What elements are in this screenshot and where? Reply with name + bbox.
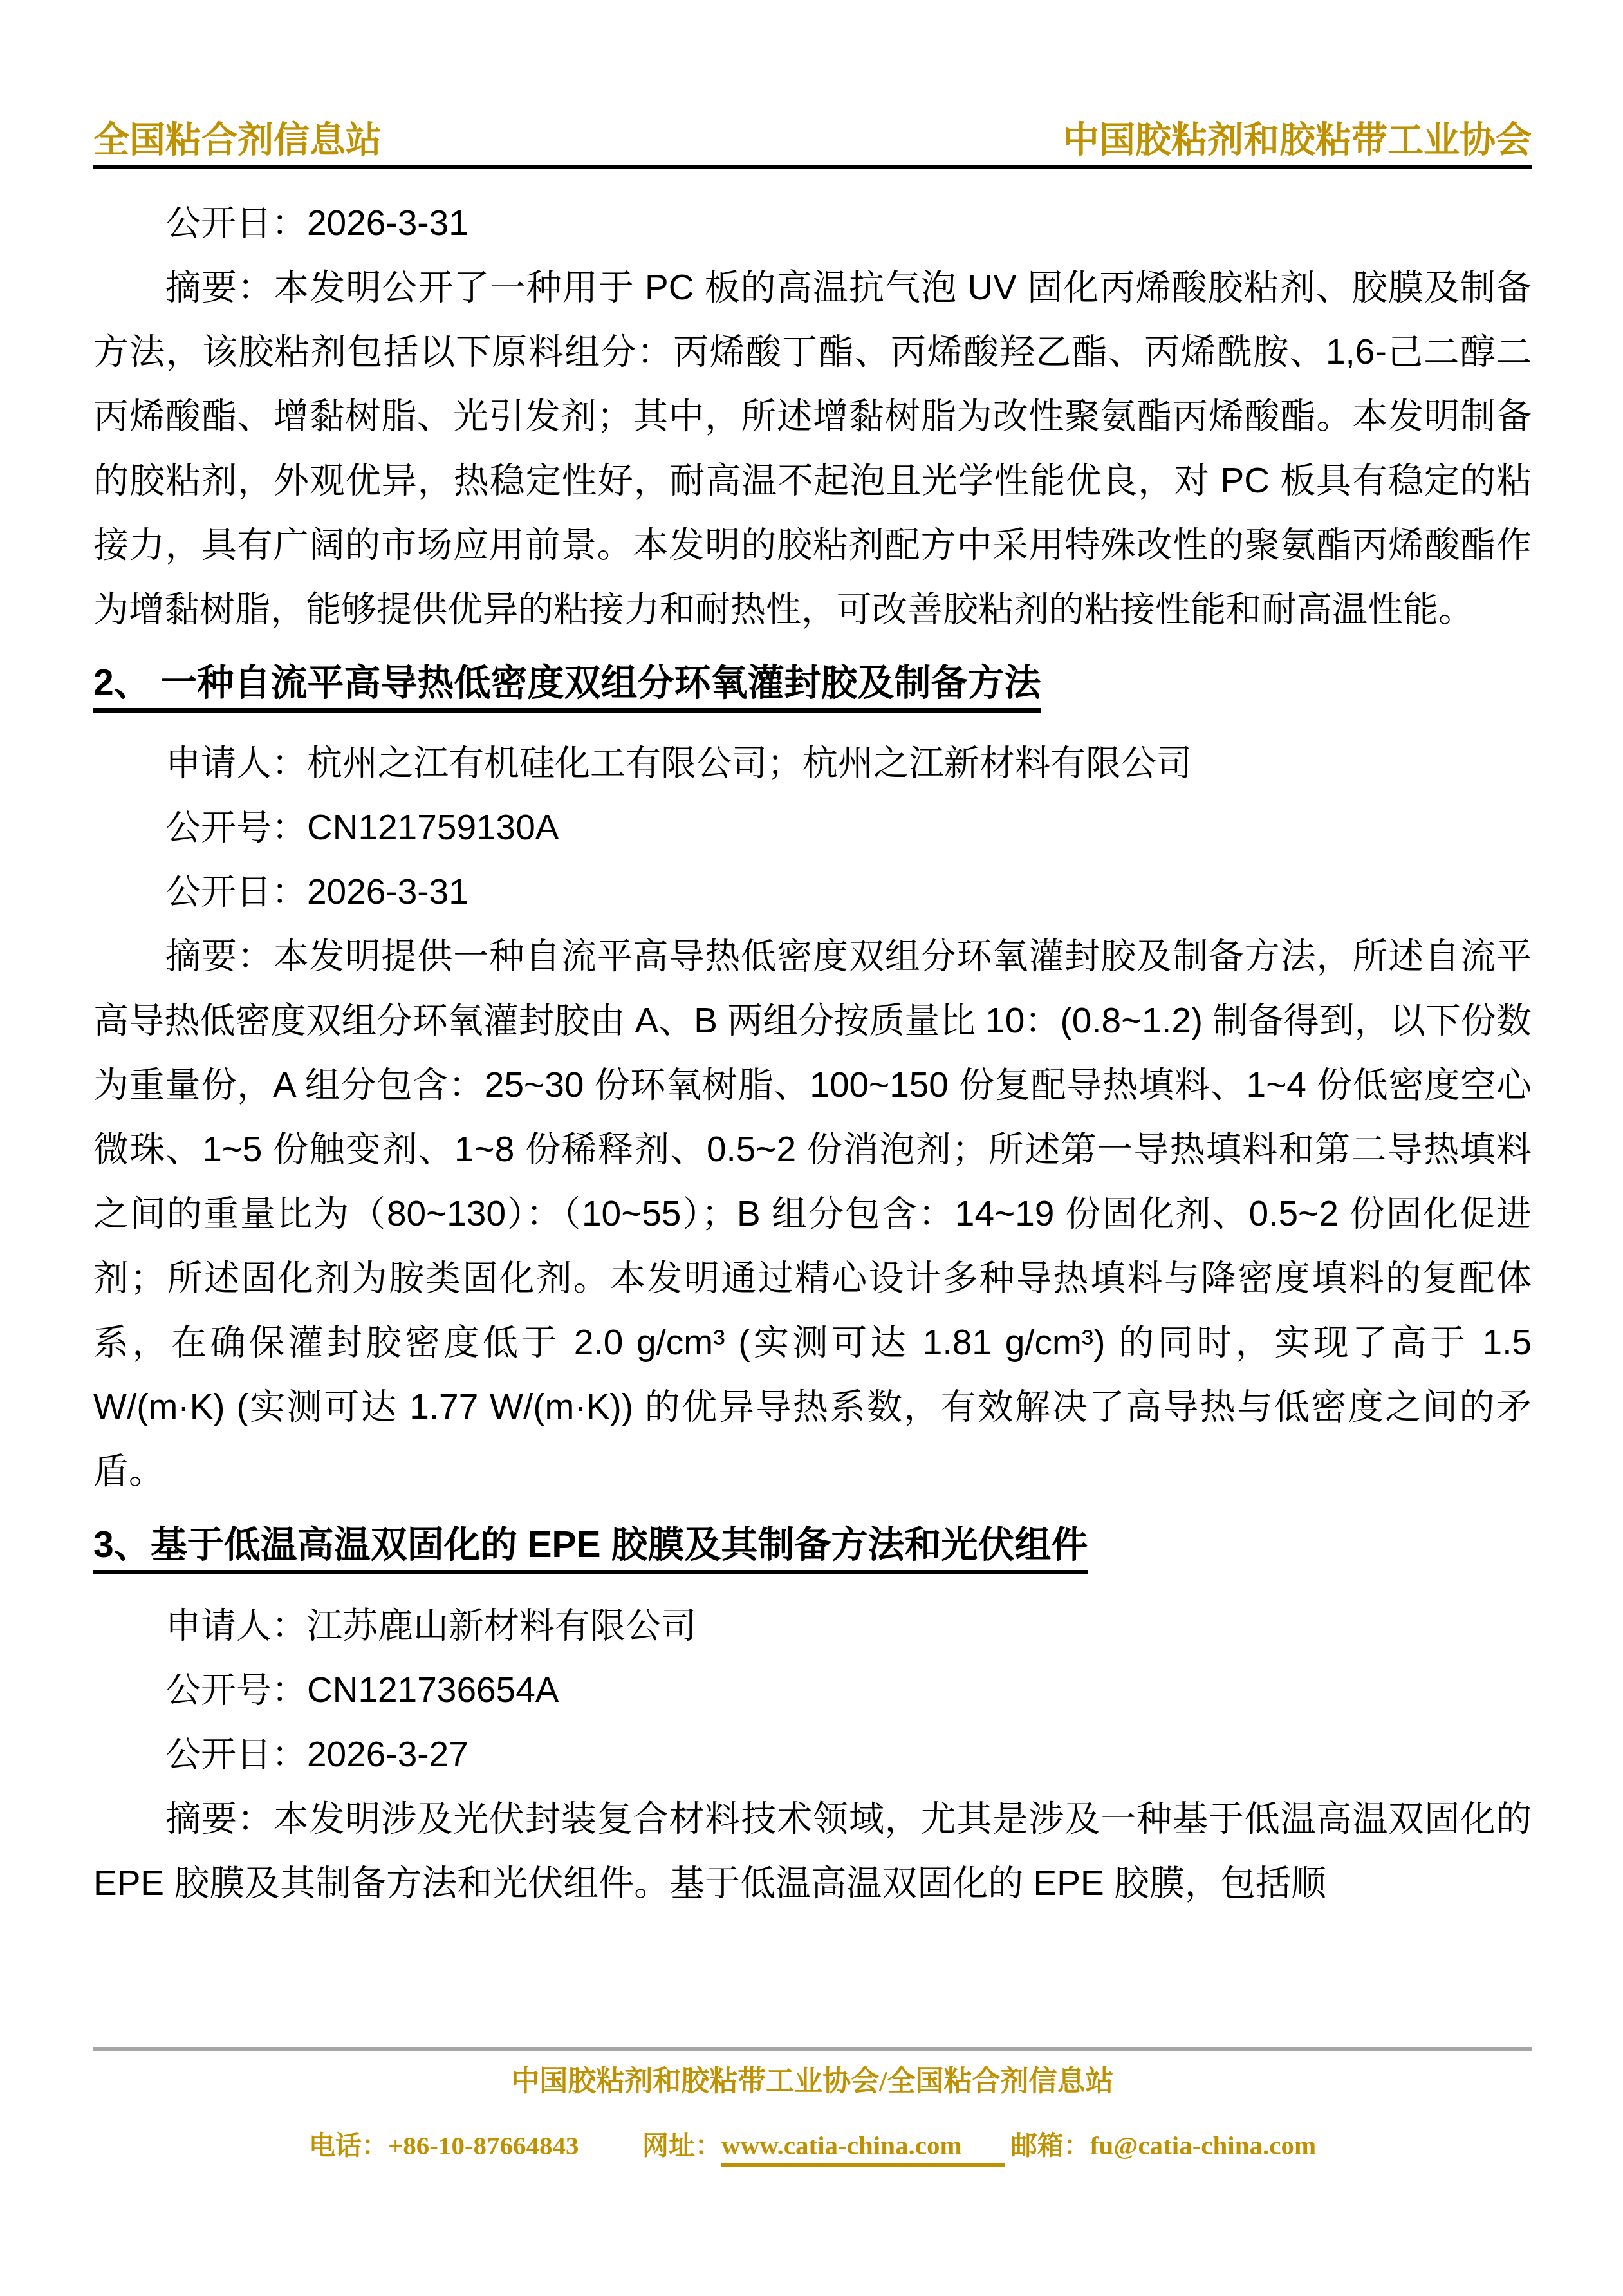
footer-phone-number: +86-10-87664843	[388, 2131, 579, 2160]
footer-email-address: fu@catia-china.com	[1090, 2131, 1316, 2160]
footer-website-label: 网址：	[642, 2131, 721, 2160]
header-left-org: 全国粘合剂信息站	[93, 120, 382, 161]
patent-3-title-text: 3、基于低温高温双固化的 EPE 胶膜及其制备方法和光伏组件	[93, 1524, 1088, 1574]
patent-2-title-text: 2、 一种自流平高导热低密度双组分环氧灌封胶及制备方法	[93, 662, 1041, 713]
footer-phone-label: 电话：	[309, 2131, 388, 2160]
page-header: 全国粘合剂信息站 中国胶粘剂和胶粘带工业协会	[93, 0, 1532, 169]
patent-2-abstract: 摘要：本发明提供一种自流平高导热低密度双组分环氧灌封胶及制备方法，所述自流平高导…	[93, 924, 1532, 1503]
footer-website-link[interactable]: www.catia-china.com	[721, 2131, 1005, 2167]
patent-2-publication-date: 公开日：2026-3-31	[93, 859, 1532, 924]
patent-1-publication-date: 公开日：2026-3-31	[93, 191, 1532, 255]
footer-email-group: 邮箱：fu@catia-china.com	[1011, 2130, 1316, 2161]
patent-3-publication-number: 公开号：CN121736654A	[93, 1657, 1532, 1722]
footer-org-line: 中国胶粘剂和胶粘带工业协会/全国粘合剂信息站	[93, 2065, 1532, 2099]
document-page: 全国粘合剂信息站 中国胶粘剂和胶粘带工业协会 公开日：2026-3-31 摘要：…	[0, 0, 1623, 2296]
patent-2-publication-number: 公开号：CN121759130A	[93, 795, 1532, 859]
footer-phone-group: 电话：+86-10-87664843	[309, 2130, 579, 2161]
patent-3-publication-date: 公开日：2026-3-27	[93, 1722, 1532, 1786]
footer-website-group: 网址：www.catia-china.com	[642, 2130, 1005, 2161]
patent-3-applicant: 申请人：江苏鹿山新材料有限公司	[93, 1593, 1532, 1657]
patent-2-title: 2、 一种自流平高导热低密度双组分环氧灌封胶及制备方法	[93, 660, 1532, 706]
footer-email-label: 邮箱：	[1011, 2131, 1090, 2160]
header-right-org: 中国胶粘剂和胶粘带工业协会	[1063, 120, 1532, 161]
footer-contact-line: 电话：+86-10-87664843 网址：www.catia-china.co…	[93, 2130, 1532, 2161]
patent-3-abstract: 摘要：本发明涉及光伏封装复合材料技术领域，尤其是涉及一种基于低温高温双固化的 E…	[93, 1786, 1532, 1915]
patent-3-title: 3、基于低温高温双固化的 EPE 胶膜及其制备方法和光伏组件	[93, 1522, 1532, 1568]
patent-2-applicant: 申请人：杭州之江有机硅化工有限公司；杭州之江新材料有限公司	[93, 731, 1532, 795]
patent-1-abstract: 摘要：本发明公开了一种用于 PC 板的高温抗气泡 UV 固化丙烯酸胶粘剂、胶膜及…	[93, 255, 1532, 641]
document-body: 公开日：2026-3-31 摘要：本发明公开了一种用于 PC 板的高温抗气泡 U…	[93, 171, 1532, 1915]
page-footer: 中国胶粘剂和胶粘带工业协会/全国粘合剂信息站 电话：+86-10-8766484…	[93, 2047, 1532, 2161]
